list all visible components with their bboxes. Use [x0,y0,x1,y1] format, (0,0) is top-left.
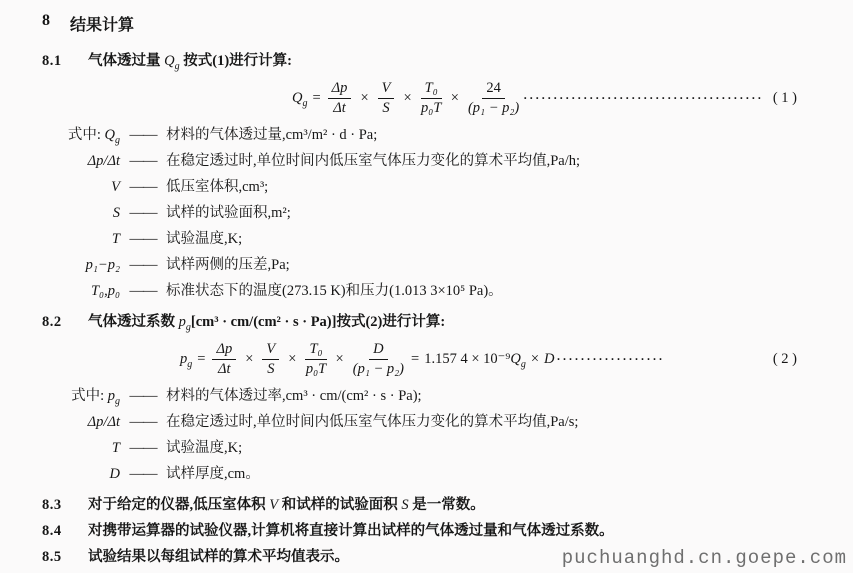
definition-term: T [42,435,120,461]
fraction-dp-dt: ΔpΔt [212,341,236,376]
times-sign: × [336,351,344,368]
symbol-D: D [544,351,554,368]
dot-leader: ········································ [523,91,771,106]
fraction-d-dp: D(p₁ − p₂) [353,341,404,376]
fraction-24-dp: 24(p₁ − p₂) [468,80,519,115]
symbol-S: S [401,497,408,513]
times-sign: × [360,90,368,107]
clause-8-1: 8.1 气体透过量 Qg 按式(1)进行计算: [42,48,853,74]
symbol-Qg: Qg [510,351,525,368]
definition-text: 材料的气体透过量,cm³/m² · d · Pa; [166,122,853,148]
definition-row: Δp/Δt —— 在稳定透过时,单位时间内低压室气体压力变化的算术平均值,Pa/… [42,148,853,174]
definition-dash: —— [120,252,166,278]
definition-row: V —— 低压室体积,cm³; [42,174,853,200]
definition-dash: —— [120,461,166,487]
fraction-v-s: VS [262,341,279,376]
clause-8-4: 8.4 对携带运算器的试验仪器,计算机将直接计算出试样的气体透过量和气体透过系数… [42,518,853,544]
definition-text: 低压室体积,cm³; [166,174,853,200]
watermark: puchuanghd.cn.goepe.com [562,547,847,569]
definition-list-1: 式中: Qg —— 材料的气体透过量,cm³/m² · d · Pa; Δp/Δ… [42,122,853,304]
clause-text: 气体透过系数 pg[cm³ · cm/(cm² · s · Pa)]按式(2)进… [88,309,853,335]
document-page: 8 结果计算 8.1 气体透过量 Qg 按式(1)进行计算: Qg = ΔpΔt… [0,0,853,573]
dot-leader: ·················· [557,352,771,367]
clause-text: 气体透过量 Qg 按式(1)进行计算: [88,48,853,74]
definition-row: S —— 试样的试验面积,m²; [42,200,853,226]
fraction-t0-p0t: T₀p₀T [305,341,326,376]
formula-2-lhs: pg [180,351,192,368]
definition-dash: —— [120,148,166,174]
formula-2: pg = ΔpΔt × VS × T₀p₀T × D(p₁ − p₂) = 1.… [42,335,853,383]
section-number: 8 [42,12,70,35]
definition-dash: —— [120,174,166,200]
definition-list-2: 式中: pg —— 材料的气体透过率,cm³ · cm/(cm² · s · P… [42,383,853,487]
definition-dash: —— [120,122,166,148]
definition-term: 式中: pg [42,383,120,409]
definition-term: Δp/Δt [42,148,120,174]
times-sign: × [288,351,296,368]
symbol-V: V [269,497,278,513]
times-sign: × [403,90,411,107]
clause-8-3: 8.3 对于给定的仪器,低压室体积 V 和试样的试验面积 S 是一常数。 [42,492,853,518]
definition-dash: —— [120,383,166,409]
clause-text: 对于给定的仪器,低压室体积 V 和试样的试验面积 S 是一常数。 [88,492,853,518]
definition-text: 试样厚度,cm。 [166,461,853,487]
section-heading: 8 结果计算 [42,12,853,35]
clause-8-2-text-post: [cm³ · cm/(cm² · s · Pa)]按式(2)进行计算: [191,314,445,330]
clause-text: 对携带运算器的试验仪器,计算机将直接计算出试样的气体透过量和气体透过系数。 [88,518,853,544]
clause-8-2-text-pre: 气体透过系数 [88,314,179,330]
definition-term: S [42,200,120,226]
formula-1-lhs: Qg [292,90,307,107]
definition-row: p₁−p₂ —— 试样两侧的压差,Pa; [42,252,853,278]
definition-row: 式中: Qg —— 材料的气体透过量,cm³/m² · d · Pa; [42,122,853,148]
equals-sign: = [411,351,419,368]
definition-dash: —— [120,200,166,226]
definition-term: T₀,p₀ [42,278,120,304]
times-sign: × [531,351,539,368]
clause-number: 8.5 [42,544,88,570]
result-coefficient: 1.157 4 × 10⁻⁹ [424,351,510,368]
fraction-v-s: VS [378,80,395,115]
definition-text: 在稳定透过时,单位时间内低压室气体压力变化的算术平均值,Pa/s; [166,409,853,435]
definition-row: Δp/Δt —— 在稳定透过时,单位时间内低压室气体压力变化的算术平均值,Pa/… [42,409,853,435]
definition-text: 在稳定透过时,单位时间内低压室气体压力变化的算术平均值,Pa/h; [166,148,853,174]
fraction-t0-p0t: T₀p₀T [421,80,442,115]
definition-text: 试验温度,K; [166,435,853,461]
definition-row: T₀,p₀ —— 标准状态下的温度(273.15 K)和压力(1.013 3×1… [42,278,853,304]
clause-number: 8.2 [42,309,88,335]
clause-number: 8.4 [42,518,88,544]
definition-row: D —— 试样厚度,cm。 [42,461,853,487]
clause-number: 8.3 [42,492,88,518]
symbol-pg: pg [179,314,191,330]
clause-8-1-text-post: 按式(1)进行计算: [180,53,292,69]
definition-term: Δp/Δt [42,409,120,435]
equation-number-2: ( 2 ) [773,351,797,368]
clause-8-1-text-pre: 气体透过量 [88,53,164,69]
definition-dash: —— [120,278,166,304]
section-title: 结果计算 [70,12,134,35]
definition-text: 材料的气体透过率,cm³ · cm/(cm² · s · Pa); [166,383,853,409]
definition-row: 式中: pg —— 材料的气体透过率,cm³ · cm/(cm² · s · P… [42,383,853,409]
definition-term: D [42,461,120,487]
definition-row: T —— 试验温度,K; [42,435,853,461]
fraction-dp-dt: ΔpΔt [328,80,352,115]
equation-number-1: ( 1 ) [773,90,797,107]
definition-text: 试样的试验面积,m²; [166,200,853,226]
definition-term: V [42,174,120,200]
times-sign: × [245,351,253,368]
equals-sign: = [197,351,205,368]
times-sign: × [451,90,459,107]
clause-8-2: 8.2 气体透过系数 pg[cm³ · cm/(cm² · s · Pa)]按式… [42,309,853,335]
definition-term: p₁−p₂ [42,252,120,278]
definition-term: 式中: Qg [42,122,120,148]
definition-dash: —— [120,226,166,252]
clause-number: 8.1 [42,48,88,74]
equals-sign: = [312,90,320,107]
definition-dash: —— [120,409,166,435]
definition-text: 标准状态下的温度(273.15 K)和压力(1.013 3×10⁵ Pa)。 [166,278,853,304]
definition-text: 试样两侧的压差,Pa; [166,252,853,278]
definition-dash: —— [120,435,166,461]
formula-1: Qg = ΔpΔt × VS × T₀p₀T × 24(p₁ − p₂) ···… [42,74,853,122]
symbol-Qg: Qg [164,53,179,69]
definition-term: T [42,226,120,252]
definition-text: 试验温度,K; [166,226,853,252]
definition-row: T —— 试验温度,K; [42,226,853,252]
